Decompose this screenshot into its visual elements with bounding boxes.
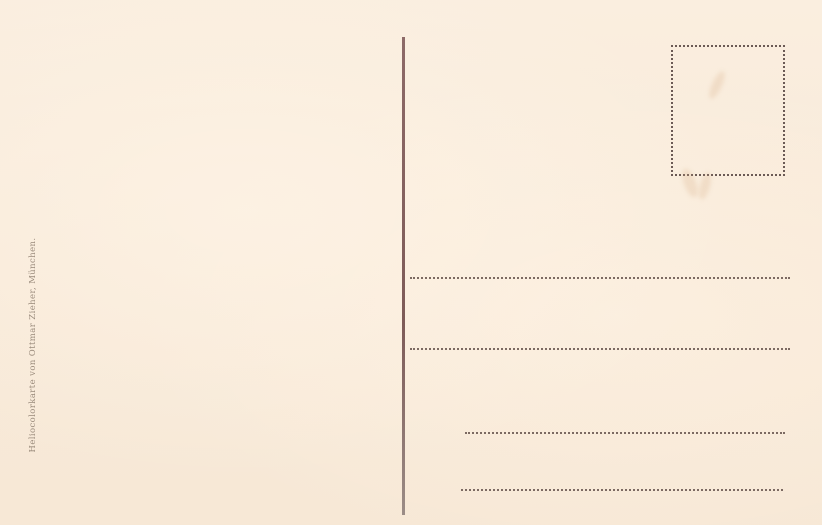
address-line-2 [410,348,790,350]
center-divider-line [402,37,405,515]
stamp-placement-box [671,45,785,176]
address-line-4 [461,489,783,491]
address-line-3 [465,432,785,434]
address-line-1 [410,277,790,279]
postcard-back: Heliocolorkarte von Ottmar Zieher, Münch… [0,0,822,525]
publisher-imprint: Heliocolorkarte von Ottmar Zieher, Münch… [28,238,38,453]
